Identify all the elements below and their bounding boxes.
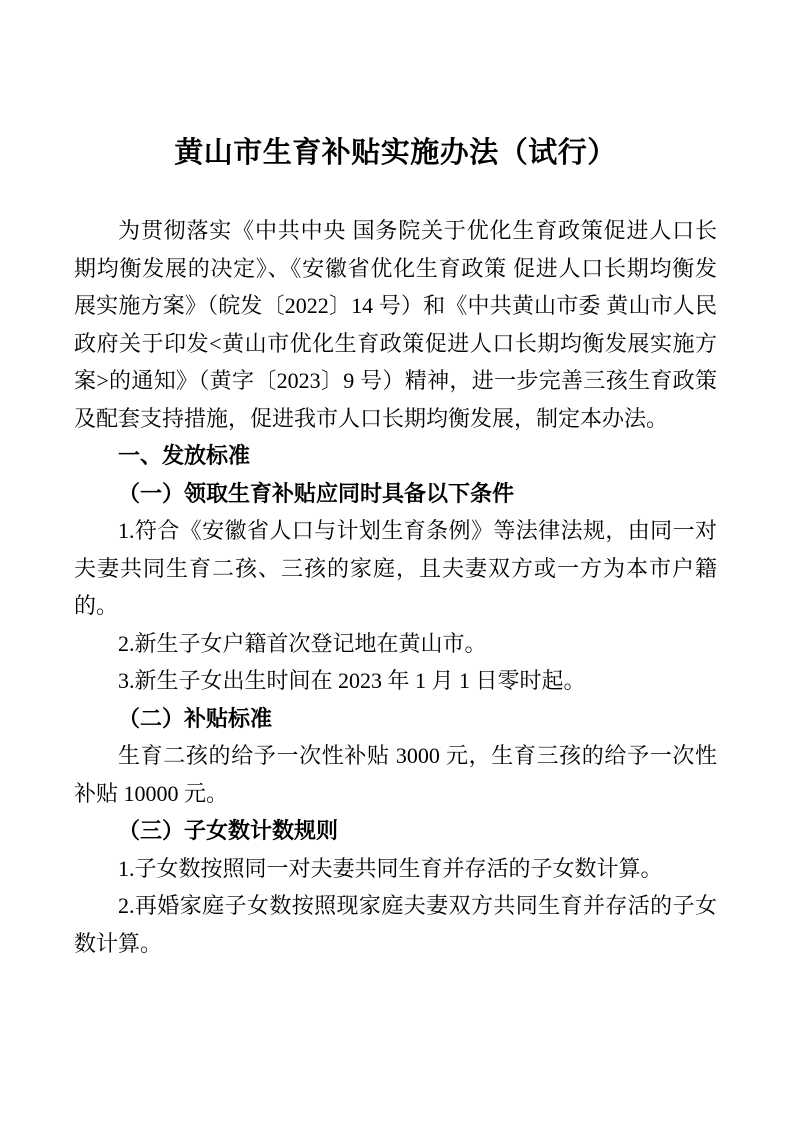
heading-sub-2-subsidy-standard: （二）补贴标准 xyxy=(74,700,717,738)
heading-sub-3-child-count-rules: （三）子女数计数规则 xyxy=(74,812,717,850)
item-condition-1: 1.符合《安徽省人口与计划生育条例》等法律法规，由同一对夫妻共同生育二孩、三孩的… xyxy=(74,512,717,625)
item-count-rule-2: 2.再婚家庭子女数按照现家庭夫妻双方共同生育并存活的子女数计算。 xyxy=(74,887,717,962)
paragraph-subsidy-amounts: 生育二孩的给予一次性补贴 3000 元，生育三孩的给予一次性补贴 10000 元… xyxy=(74,737,717,812)
paragraph-preamble: 为贯彻落实《中共中央 国务院关于优化生育政策促进人口长期均衡发展的决定》、《安徽… xyxy=(74,212,717,437)
item-count-rule-1: 1.子女数按照同一对夫妻共同生育并存活的子女数计算。 xyxy=(74,850,717,888)
document-page: 黄山市生育补贴实施办法（试行） 为贯彻落实《中共中央 国务院关于优化生育政策促进… xyxy=(0,0,793,1122)
item-condition-2: 2.新生子女户籍首次登记地在黄山市。 xyxy=(74,625,717,663)
heading-sub-1-eligibility-conditions: （一）领取生育补贴应同时具备以下条件 xyxy=(74,475,717,513)
document-title: 黄山市生育补贴实施办法（试行） xyxy=(74,130,717,176)
heading-section-1-issuance-standard: 一、发放标准 xyxy=(74,437,717,475)
document-content: 黄山市生育补贴实施办法（试行） 为贯彻落实《中共中央 国务院关于优化生育政策促进… xyxy=(74,0,717,962)
item-condition-3: 3.新生子女出生时间在 2023 年 1 月 1 日零时起。 xyxy=(74,662,717,700)
